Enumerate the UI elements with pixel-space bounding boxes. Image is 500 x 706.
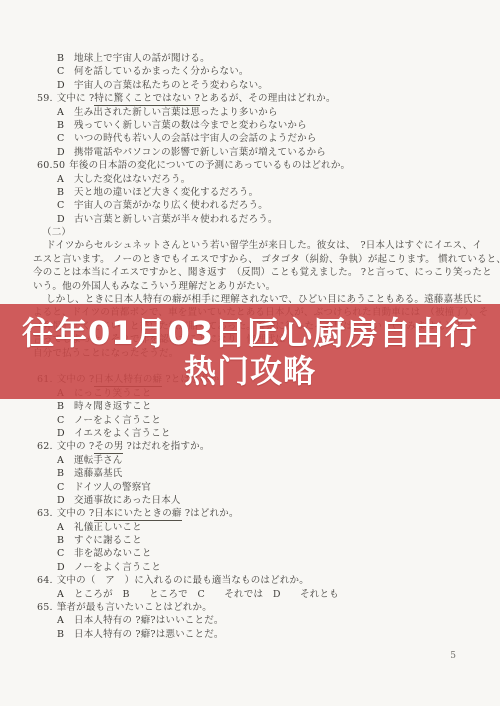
doc-line-text: ノーをよく言うこと [74, 415, 161, 426]
doc-line: D古い言葉と新しい言葉が半々使われるだろう。 [0, 213, 500, 226]
doc-line-text: 筆者が最も言いたいことはどれか。 [57, 602, 212, 613]
promo-banner[interactable]: 往年01月03日匠心厨房自由行 热门攻略 [0, 304, 500, 399]
doc-line: エスと言います。 ノーのときでもイエスですから、 ゴタゴタ（糾紛、争執）が起こり… [0, 253, 500, 266]
doc-line-label: B [57, 52, 74, 65]
doc-line-label: A [57, 173, 74, 186]
doc-line: Cいつの時代も若い人の会話は宇宙人の会話のようだから [0, 132, 500, 145]
doc-line-label: C [57, 132, 74, 145]
doc-line-label: C [57, 414, 74, 427]
doc-line: B遠藤嘉基氏 [0, 467, 500, 480]
doc-line: 64.文中の（ ア ）に入れるのに最も適当なものはどれか。 [0, 574, 500, 587]
doc-line-text: エスと言います。 ノーのときでもイエスですから、 ゴタゴタ（糾紛、争執）が起こり… [33, 254, 500, 265]
doc-line-text: 運転手さん [74, 455, 123, 466]
doc-line-label: C [57, 481, 74, 494]
doc-line-label: B [57, 186, 74, 199]
doc-line: A大した変化はないだろう。 [0, 173, 500, 186]
doc-line-label: C [57, 65, 74, 78]
doc-line-text: 今のことは本当にイエスですかと、聞き返す （反問）ことも覚えました。 ?と言って… [33, 267, 492, 278]
doc-line: B残っていく新しい言葉の数は今までと変わらないから [0, 119, 500, 132]
doc-line: D宇宙人の言葉は私たちのとそう変わらない。 [0, 79, 500, 92]
doc-line-label: B [57, 628, 74, 641]
doc-line-text: ノーをよく言うこと [74, 562, 161, 573]
doc-line-label: D [57, 146, 74, 159]
doc-line-text: イエスをよく言うこと [74, 428, 171, 439]
doc-line: ドイツからセルシュネットさんという若い留学生が来日した。彼女は、 ?日本人はすぐ… [0, 239, 500, 252]
doc-line-text: 宇宙人の言葉は私たちのとそう変わらない。 [74, 80, 268, 91]
doc-line: B地球上で宇宙人の話が聞ける。 [0, 52, 500, 65]
doc-line-text: 礼儀正しいこと [74, 522, 142, 533]
doc-line-label: 59. [37, 93, 53, 104]
doc-line-label: C [57, 199, 74, 212]
doc-line-label: D [57, 561, 74, 574]
promo-banner-title-line1: 往年01月03日匠心厨房自由行 [22, 314, 478, 352]
doc-line: D携帯電話やパソコンの影響で新しい言葉が増えているから [0, 146, 500, 159]
doc-line: C何を話しているかまったく分からない。 [0, 65, 500, 78]
doc-line: Cノーをよく言うこと [0, 414, 500, 427]
doc-line-text: ドイツ人の警察官 [74, 482, 151, 493]
promo-banner-title-line2: 热门攻略 [184, 352, 316, 390]
doc-line: 今のことは本当にイエスですかと、聞き返す （反問）ことも覚えました。 ?と言って… [0, 266, 500, 279]
doc-line: 62.文中の ?その男 ?はだれを指すか。 [0, 440, 500, 453]
doc-line-text: いう。他の外国人もみなこういう理解だとありがたい。 [33, 281, 276, 292]
doc-line-text: 日本人特有の ?癖?はいいことだ。 [74, 615, 224, 626]
doc-line-label: A [57, 106, 74, 119]
doc-line-text: 携帯電話やパソコンの影響で新しい言葉が増えているから [74, 147, 326, 158]
doc-line: A運転手さん [0, 454, 500, 467]
doc-line-label: 63. [37, 508, 53, 519]
doc-line-text: 文中の ? [57, 441, 95, 452]
doc-line: Dノーをよく言うこと [0, 561, 500, 574]
doc-line-label: 64. [37, 575, 53, 586]
doc-line-text: いつの時代も若い人の会話は宇宙人の会話のようだから [74, 133, 317, 144]
doc-line: 63.文中の ?日本にいたときの癖 ?はどれか。 [0, 507, 500, 520]
doc-line-text: 天と地の違いほど大きく変化するだろう。 [74, 187, 258, 198]
doc-line-text: ところが B ところで C それでは D それとも [74, 589, 339, 600]
doc-line-label: A [57, 588, 74, 601]
doc-line-label: B [57, 534, 74, 547]
doc-line-label: D [57, 427, 74, 440]
doc-line-text: 大した変化はないだろう。 [74, 174, 190, 185]
doc-line-label: 65. [37, 602, 53, 613]
doc-line: B日本人特有の ?癖?は悪いことだ。 [0, 628, 500, 641]
doc-line-text: 文中の ? [57, 508, 95, 519]
doc-line: A日本人特有の ?癖?はいいことだ。 [0, 614, 500, 627]
doc-line-label: A [57, 614, 74, 627]
doc-line: C非を認めないこと [0, 547, 500, 560]
doc-line-text: 何を話しているかまったく分からない。 [74, 66, 249, 77]
doc-line-text: 文中に ? [57, 93, 95, 104]
doc-line: （二） [0, 226, 500, 239]
doc-line-label: C [57, 547, 74, 560]
doc-line: いう。他の外国人もみなこういう理解だとありがたい。 [0, 280, 500, 293]
doc-line-text: （二） [42, 227, 71, 238]
doc-line-text: すぐに謝ること [74, 535, 142, 546]
doc-line-text: 遠藤嘉基氏 [74, 468, 123, 479]
doc-line-text: 文中の（ ア ）に入れるのに最も適当なものはどれか。 [57, 575, 309, 586]
scanned-exam-page: B地球上で宇宙人の話が聞ける。C何を話しているかまったく分からない。D宇宙人の言… [0, 0, 500, 706]
doc-line: B天と地の違いほど大きく変化するだろう。 [0, 186, 500, 199]
doc-line: 65.筆者が最も言いたいことはどれか。 [0, 601, 500, 614]
doc-line-text: 日本人特有の ?癖?は悪いことだ。 [74, 629, 224, 640]
doc-line-text: 交通事故にあった日本人 [74, 495, 181, 506]
doc-line-text: 日本にいたときの癖 [94, 508, 181, 520]
doc-line-text: その男 [94, 441, 123, 453]
doc-line-label: B [57, 400, 74, 413]
doc-line: A礼儀正しいこと [0, 521, 500, 534]
doc-line-label: B [57, 119, 74, 132]
doc-line-text: 地球上で宇宙人の話が聞ける。 [74, 53, 210, 64]
doc-line-label: A [57, 521, 74, 534]
doc-line-text: 非を認めないこと [74, 548, 152, 559]
doc-line-text: ?はどれか。 [182, 508, 239, 519]
doc-line-label: 60.50 [37, 160, 65, 171]
doc-line-text: 残っていく新しい言葉の数は今までと変わらないから [74, 120, 307, 131]
doc-line: A生み出された新しい言葉は思ったより多いから [0, 106, 500, 119]
doc-line-text: ?はだれを指すか。 [123, 441, 209, 452]
doc-line: 59.文中に ?特に驚くことではない ?とあるが、その理由はどれか。 [0, 92, 500, 105]
doc-line: Cドイツ人の警察官 [0, 481, 500, 494]
doc-line-text: 時々聞き返すこと [74, 401, 152, 412]
doc-line: D交通事故にあった日本人 [0, 494, 500, 507]
doc-line: Bすぐに謝ること [0, 534, 500, 547]
doc-line-text: 年後の日本語の変化についての予測にあっているものはどれか。 [69, 160, 350, 171]
doc-line: 60.50年後の日本語の変化についての予測にあっているものはどれか。 [0, 159, 500, 172]
doc-line-text: 宇宙人の言葉がかなり広く使われるだろう。 [74, 200, 268, 211]
doc-line: Dイエスをよく言うこと [0, 427, 500, 440]
doc-line-text: 特に驚くことではない ? [94, 93, 200, 105]
page-number: 5 [450, 651, 456, 661]
doc-line-text: ドイツからセルシュネットさんという若い留学生が来日した。彼女は、 ?日本人はすぐ… [46, 240, 482, 251]
doc-line-label: D [57, 79, 74, 92]
doc-line: Aところが B ところで C それでは D それとも [0, 588, 500, 601]
doc-line-label: A [57, 454, 74, 467]
doc-line-label: D [57, 494, 74, 507]
doc-line-label: 62. [37, 441, 53, 452]
doc-line-text: 生み出された新しい言葉は思ったより多いから [74, 107, 278, 118]
doc-line-text: 古い言葉と新しい言葉が半々使われるだろう。 [74, 214, 278, 225]
doc-line-label: D [57, 213, 74, 226]
doc-line: C宇宙人の言葉がかなり広く使われるだろう。 [0, 199, 500, 212]
doc-line-label: B [57, 467, 74, 480]
doc-line-text: とあるが、その理由はどれか。 [200, 93, 336, 104]
doc-line: B時々聞き返すこと [0, 400, 500, 413]
